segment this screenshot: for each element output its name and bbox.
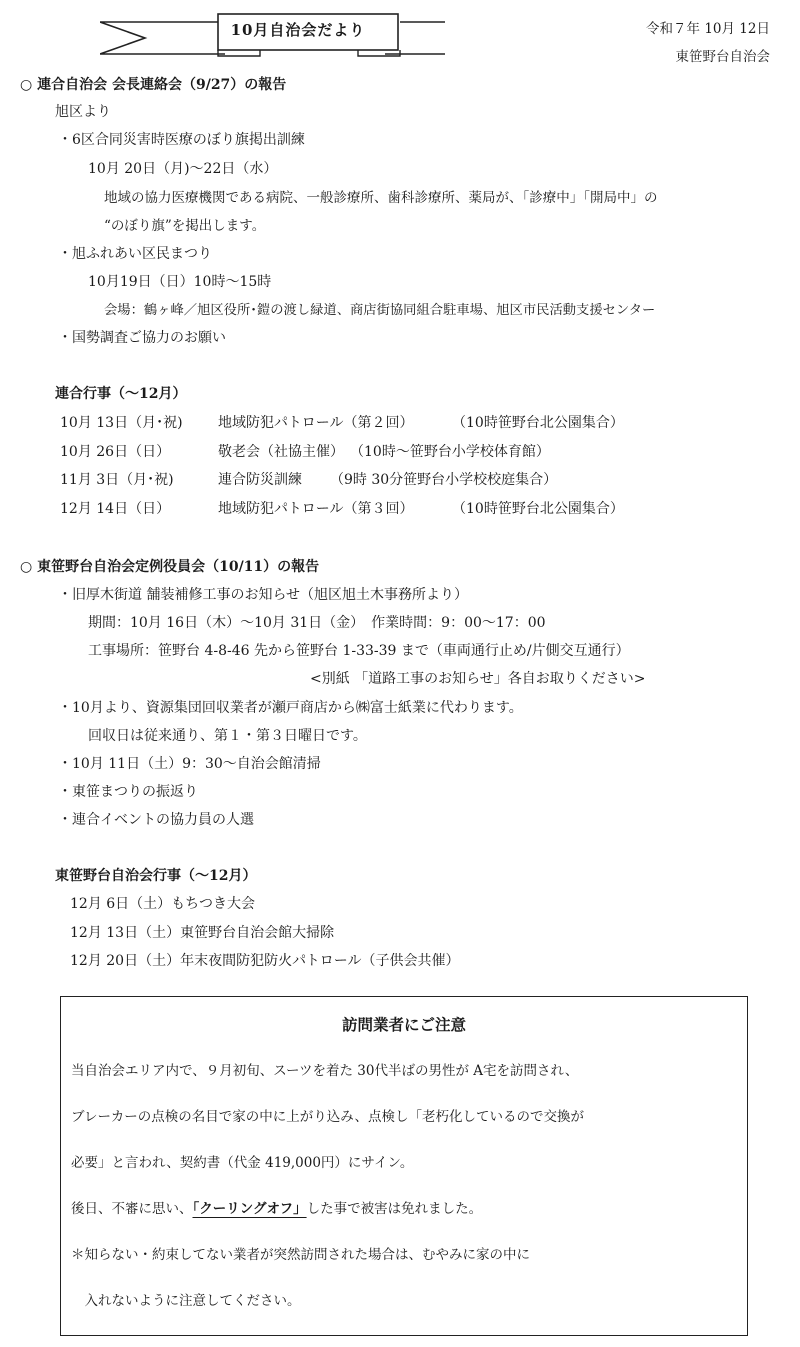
report-item: ・連合イベントの協力員の人選	[58, 809, 254, 829]
item-detail: 会場：鶴ヶ峰／旭区役所･鎧の渡し緑道、商店街協同組合駐車場、旭区市民活動支援セン…	[104, 299, 655, 318]
event-note: （10時笹野台北公園集合）	[452, 498, 624, 518]
report-item: <別紙 「道路工事のお知らせ」各自お取りください>	[310, 668, 646, 688]
report-item: 期間：10月 16日（木）～10月 31日（金） 作業時間：9：00～17：00	[88, 612, 546, 632]
report-item: 工事場所：笹野台 4-8-46 先から笹野台 1-33-39 まで（車両通行止め…	[88, 640, 630, 660]
organization-name: 東笹野台自治会	[676, 45, 771, 65]
issue-date: 令和７年 10月 12日	[646, 17, 770, 37]
event-date: 10月 26日（日）	[60, 441, 170, 461]
event-name: 連合防災訓練	[218, 469, 302, 489]
event-note: （10時～笹野台小学校体育館）	[350, 441, 550, 461]
notice-text: した事で被害は免れました。	[307, 1201, 483, 1217]
report-item: ・10月 11日（土）9：30～自治会館清掃	[58, 753, 321, 773]
event-date: 10月 13日（月･祝)	[60, 412, 183, 432]
notice-text: 後日、不審に思い、	[71, 1201, 193, 1217]
item-bullet: ・6区合同災害時医療のぼり旗掲出訓練	[58, 129, 305, 149]
event-date: 11月 3日（月･祝)	[60, 469, 174, 489]
notice-line: ＊知らない・約束してない業者が突然訪問された場合は、むやみに家の中に	[71, 1243, 530, 1263]
report-item: 回収日は従来通り、第１・第３日曜日です。	[88, 725, 367, 745]
title-banner: 10月自治会だより	[100, 8, 445, 58]
notice-line: 入れないように注意してください。	[71, 1289, 301, 1309]
local-event: 12月 20日（土）年末夜間防犯防火パトロール（子供会共催）	[70, 950, 460, 970]
local-event: 12月 6日（土）もちつき大会	[70, 893, 255, 913]
rengo-events-heading: 連合行事（～12月）	[55, 383, 186, 403]
notice-line: 必要」と言われ、契約書（代金 419,000円）にサイン。	[71, 1151, 413, 1171]
event-name: 敬老会（社協主催）	[218, 441, 344, 461]
notice-box: 訪問業者にご注意 当自治会エリア内で、９月初旬、スーツを着た 30代半ばの男性が…	[60, 996, 748, 1336]
report-item: ・東笹まつりの振返り	[58, 781, 198, 801]
event-note: （9時 30分笹野台小学校校庭集合）	[330, 469, 557, 489]
event-note: （10時笹野台北公園集合）	[452, 412, 624, 432]
local-event: 12月 13日（土）東笹野台自治会館大掃除	[70, 922, 334, 942]
notice-title: 訪問業者にご注意	[61, 1013, 747, 1035]
banner-title: 10月自治会だより	[223, 19, 373, 40]
report-item: ・10月より、資源集団回収業者が瀬戸商店から㈱富士紙業に代わります。	[58, 697, 523, 717]
item-detail: “のぼり旗”を掲出します。	[104, 214, 265, 234]
report-item: ・旧厚木街道 舗装補修工事のお知らせ（旭区旭土木事務所より）	[58, 584, 468, 604]
section1-source: 旭区より	[55, 101, 111, 121]
event-name: 地域防犯パトロール（第２回）	[218, 412, 413, 432]
item-date: 10月 20日（月)～22日（水）	[88, 158, 277, 178]
item-bullet: ・旭ふれあい区民まつり	[58, 243, 212, 263]
event-name: 地域防犯パトロール（第３回）	[218, 498, 413, 518]
local-events-heading: 東笹野台自治会行事（～12月）	[55, 865, 256, 885]
event-date: 12月 14日（日）	[60, 498, 170, 518]
notice-line: 当自治会エリア内で、９月初旬、スーツを着た 30代半ばの男性が A宅を訪問され、	[71, 1059, 578, 1079]
item-bullet: ・国勢調査ご協力のお願い	[58, 327, 226, 347]
section2-heading: ○ 東笹野台自治会定例役員会（10/11）の報告	[20, 556, 319, 576]
cooling-off-emphasis: 「クーリングオフ」	[193, 1201, 307, 1217]
item-date: 10月19日（日）10時～15時	[88, 271, 271, 291]
notice-line: ブレーカーの点検の名目で家の中に上がり込み、点検し「老朽化しているので交換が	[71, 1105, 584, 1125]
item-detail: 地域の協力医療機関である病院、一般診療所、歯科診療所、薬局が、「診療中」「開局中…	[104, 186, 658, 206]
section1-heading: ○ 連合自治会 会長連絡会（9/27）の報告	[20, 74, 286, 94]
notice-line: 後日、不審に思い、「クーリングオフ」した事で被害は免れました。	[71, 1197, 482, 1217]
